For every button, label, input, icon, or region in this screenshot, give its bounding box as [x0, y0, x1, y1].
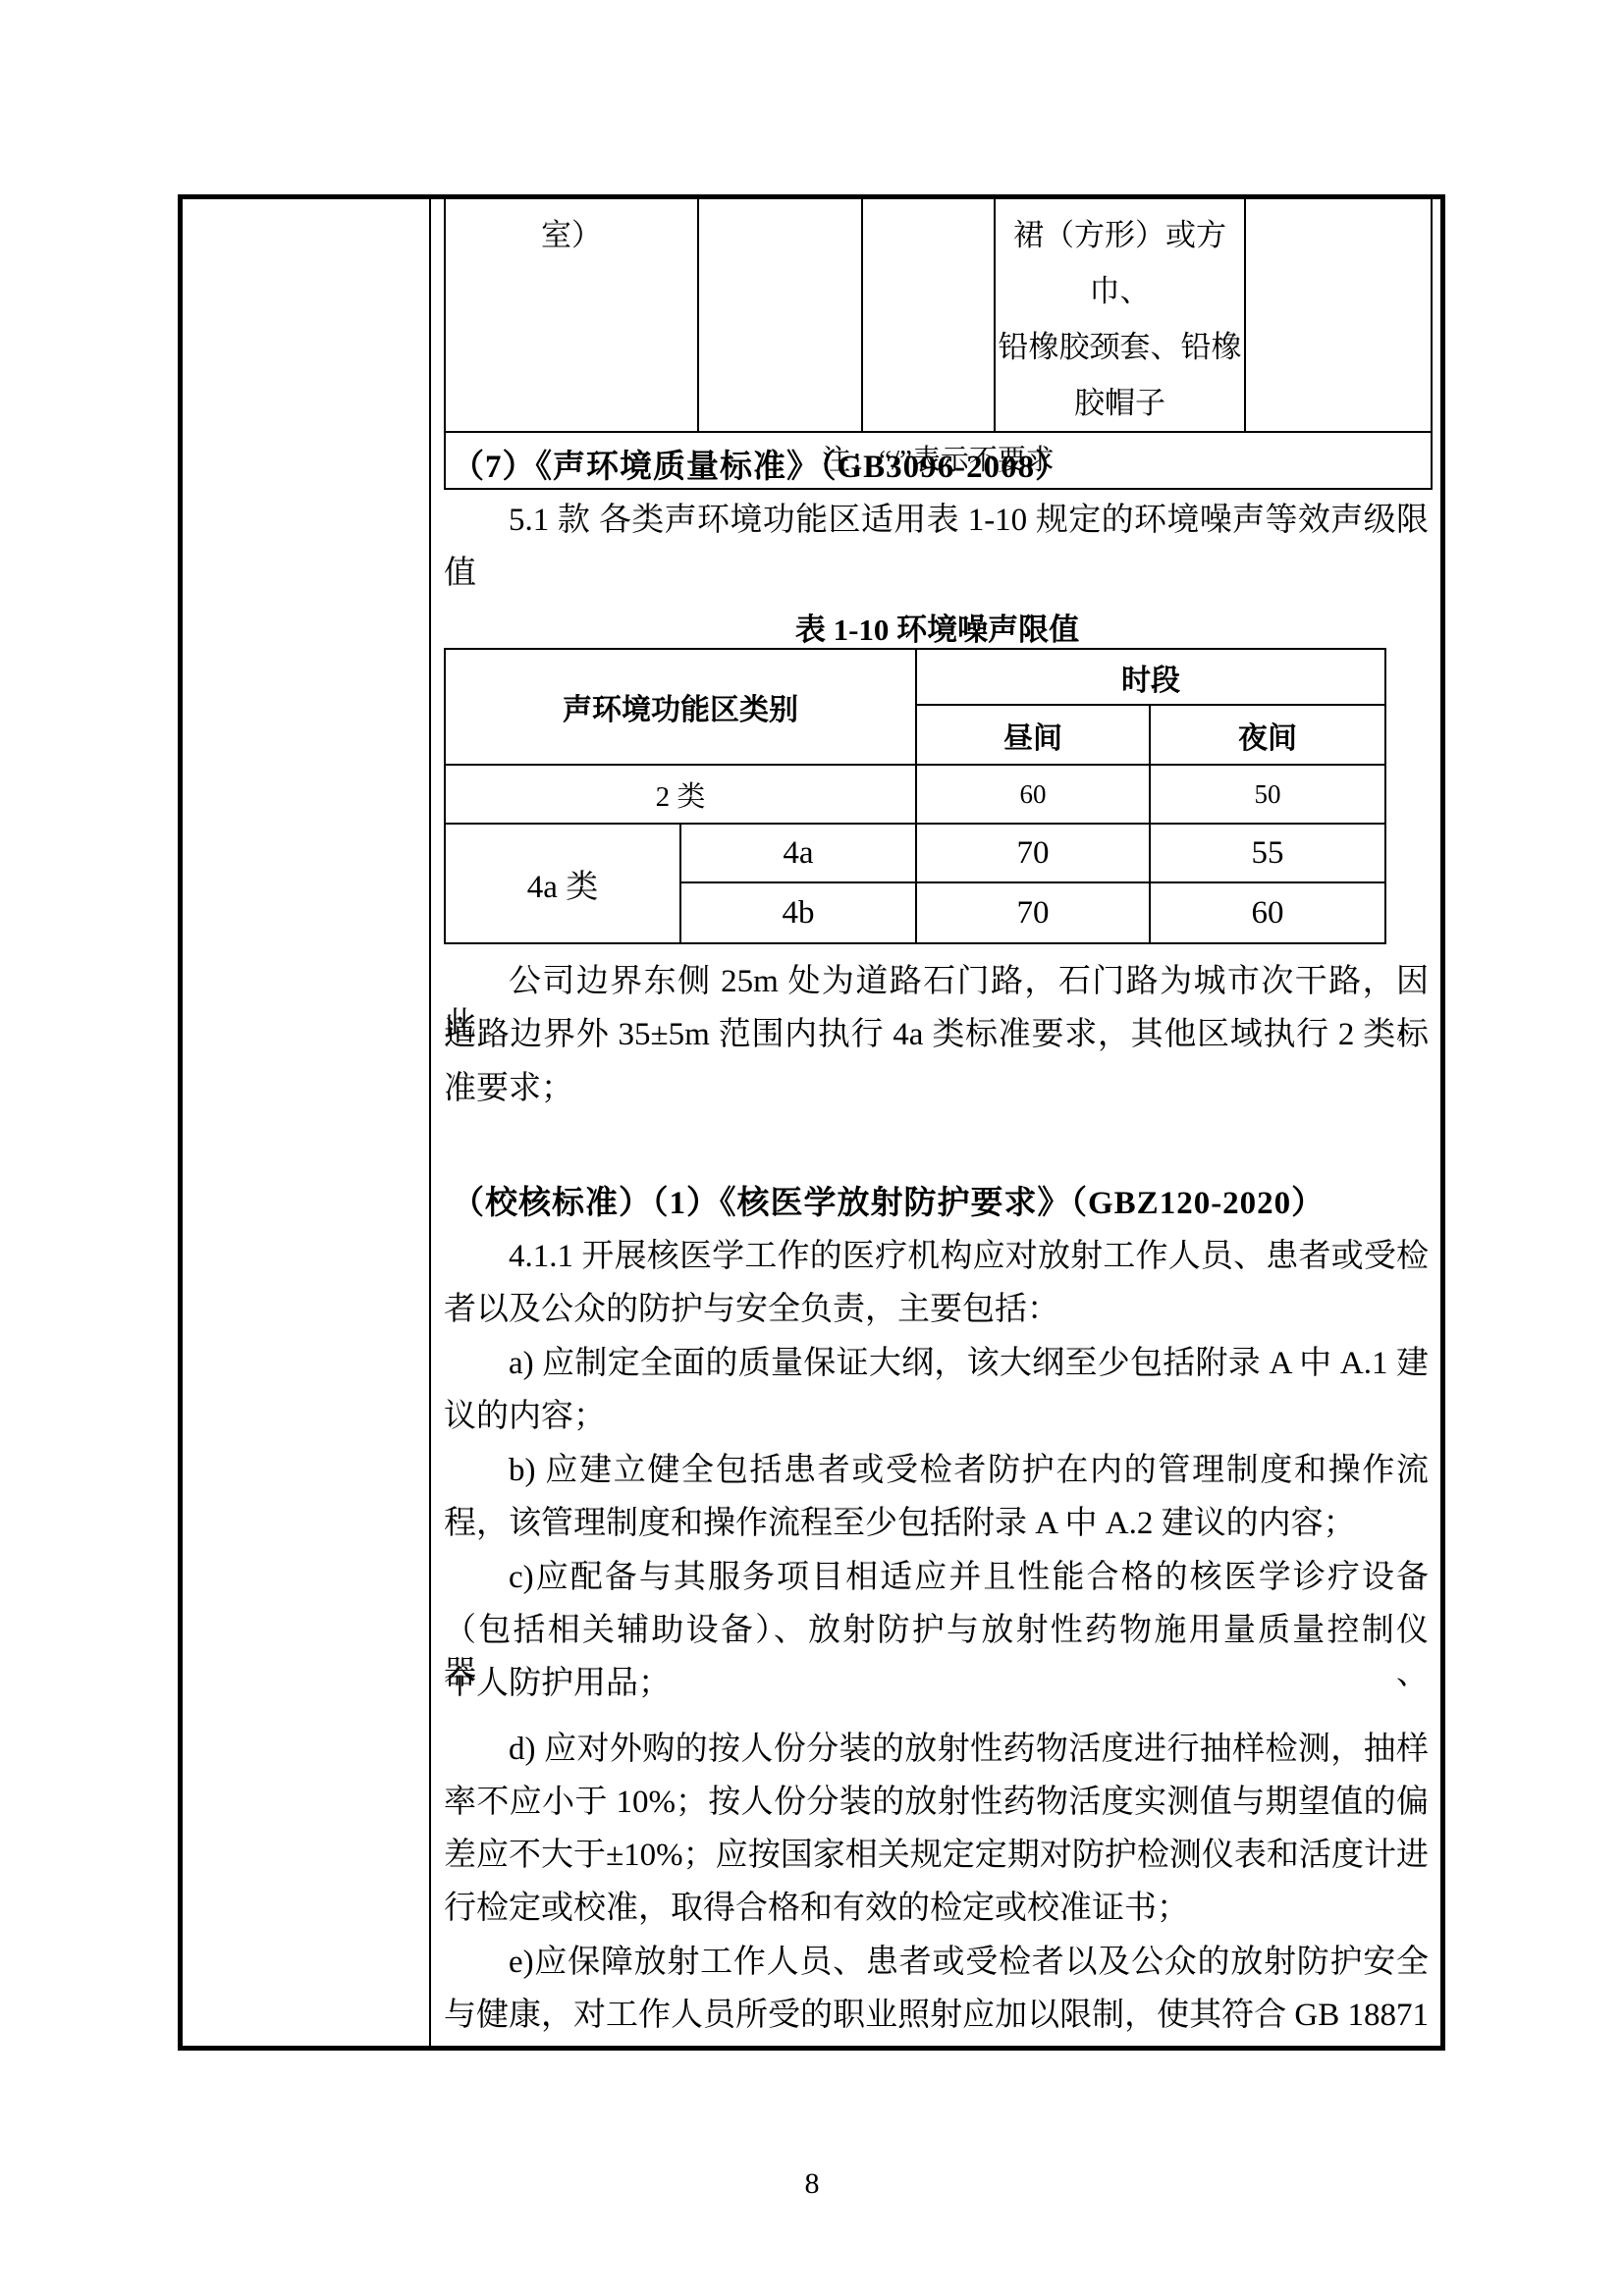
clause-5-1-line-1: 5.1 款 各类声环境功能区适用表 1-10 规定的环境噪声等效声级限 [444, 499, 1429, 542]
item-a-line-1: a) 应制定全面的质量保证大纲，该大纲至少包括附录 A 中 A.1 建 [444, 1342, 1429, 1385]
noise-table-title: 表 1-10 环境噪声限值 [444, 611, 1431, 650]
noise-limit-table: 声环境功能区类别 时段 昼间 夜间 2 类 60 50 4a 类 4a 70 5… [444, 648, 1386, 944]
sub-4b-label: 4b [680, 882, 916, 943]
item-d-line-1: d) 应对外购的按人份分装的放射性药物活度进行抽样检测，抽样 [444, 1728, 1429, 1771]
form-column-divider [429, 194, 431, 2051]
class2-label: 2 类 [445, 765, 916, 824]
sub-4a-night-value: 55 [1150, 824, 1385, 882]
class4a-label: 4a 类 [445, 824, 680, 943]
sub-4b-night-value: 60 [1150, 882, 1385, 943]
road-para-line-2: 道路边界外 35±5m 范围内执行 4a 类标准要求，其他区域执行 2 类标 [444, 1013, 1429, 1056]
class2-day-value: 60 [916, 765, 1150, 824]
apron-cell-line: 胶帽子 [996, 375, 1244, 431]
room-cell: 室） [445, 199, 698, 432]
road-para-line-3: 准要求； [444, 1067, 1429, 1110]
class2-night-value: 50 [1150, 765, 1385, 824]
clause-5-1-line-2: 值 [444, 552, 1429, 595]
item-c-line-3: 个人防护用品； [444, 1662, 1429, 1705]
item-b-line-2: 程，该管理制度和操作流程至少包括附录 A 中 A.2 建议的内容； [444, 1502, 1429, 1545]
header-category: 声环境功能区类别 [445, 649, 916, 765]
item-d-line-4: 行检定或校准，取得合格和有效的检定或校准证书； [444, 1887, 1429, 1930]
empty-cell [1245, 199, 1432, 432]
page-number: 8 [0, 2167, 1624, 2201]
document-page: 室） 裙（方形）或方巾、 铅橡胶颈套、铅橡 胶帽子 注：“/”表示不要求 （7）… [0, 0, 1624, 2296]
item-c-line-2: （包括相关辅助设备）、放射防护与放射性药物施用量质量控制仪器、 [444, 1609, 1429, 1652]
table-row: 室） 裙（方形）或方巾、 铅橡胶颈套、铅橡 胶帽子 [445, 199, 1432, 432]
item-a-line-2: 议的内容； [444, 1395, 1429, 1438]
para-411-line-1: 4.1.1 开展核医学工作的医疗机构应对放射工作人员、患者或受检 [444, 1235, 1429, 1278]
item-b-line-1: b) 应建立健全包括患者或受检者防护在内的管理制度和操作流 [444, 1449, 1429, 1492]
header-period: 时段 [916, 649, 1385, 705]
table-row-class2: 2 类 60 50 [445, 765, 1385, 824]
sub-4a-label: 4a [680, 824, 916, 882]
item-c-line-1: c)应配备与其服务项目相适应并且性能合格的核医学诊疗设备 [444, 1556, 1429, 1599]
empty-cell [698, 199, 862, 432]
section7-heading: （7）《声环境质量标准》（GB3096-2008） [444, 445, 1435, 490]
header-night: 夜间 [1150, 705, 1385, 765]
header-day: 昼间 [916, 705, 1150, 765]
para-411-line-2: 者以及公众的防护与安全负责，主要包括： [444, 1288, 1429, 1331]
item-e-line-1: e)应保障放射工作人员、患者或受检者以及公众的放射防护安全 [444, 1941, 1429, 1984]
room-cell-text: 室） [446, 199, 697, 263]
empty-cell [862, 199, 995, 432]
item-d-line-3: 差应不大于±10%；应按国家相关规定定期对防护检测仪表和活度计进 [444, 1834, 1429, 1877]
item-d-line-2: 率不应小于 10%；按人份分装的放射性药物活度实测值与期望值的偏 [444, 1781, 1429, 1824]
item-e-line-2: 与健康，对工作人员所受的职业照射应加以限制，使其符合 GB 18871 [444, 1994, 1429, 2037]
table-header-row: 声环境功能区类别 时段 [445, 649, 1385, 705]
apron-cell-line: 裙（方形）或方巾、 [996, 199, 1244, 319]
sub-4a-day-value: 70 [916, 824, 1150, 882]
apron-cell-line: 铅橡胶颈套、铅橡 [996, 319, 1244, 375]
table-row-4a: 4a 类 4a 70 55 [445, 824, 1385, 882]
check-standard-heading: （校核标准）（1）《核医学放射防护要求》（GBZ120-2020） [444, 1181, 1435, 1226]
sub-4b-day-value: 70 [916, 882, 1150, 943]
apron-cell: 裙（方形）或方巾、 铅橡胶颈套、铅橡 胶帽子 [995, 199, 1245, 432]
road-para-line-1: 公司边界东侧 25m 处为道路石门路，石门路为城市次干路，因此， [444, 960, 1429, 1003]
